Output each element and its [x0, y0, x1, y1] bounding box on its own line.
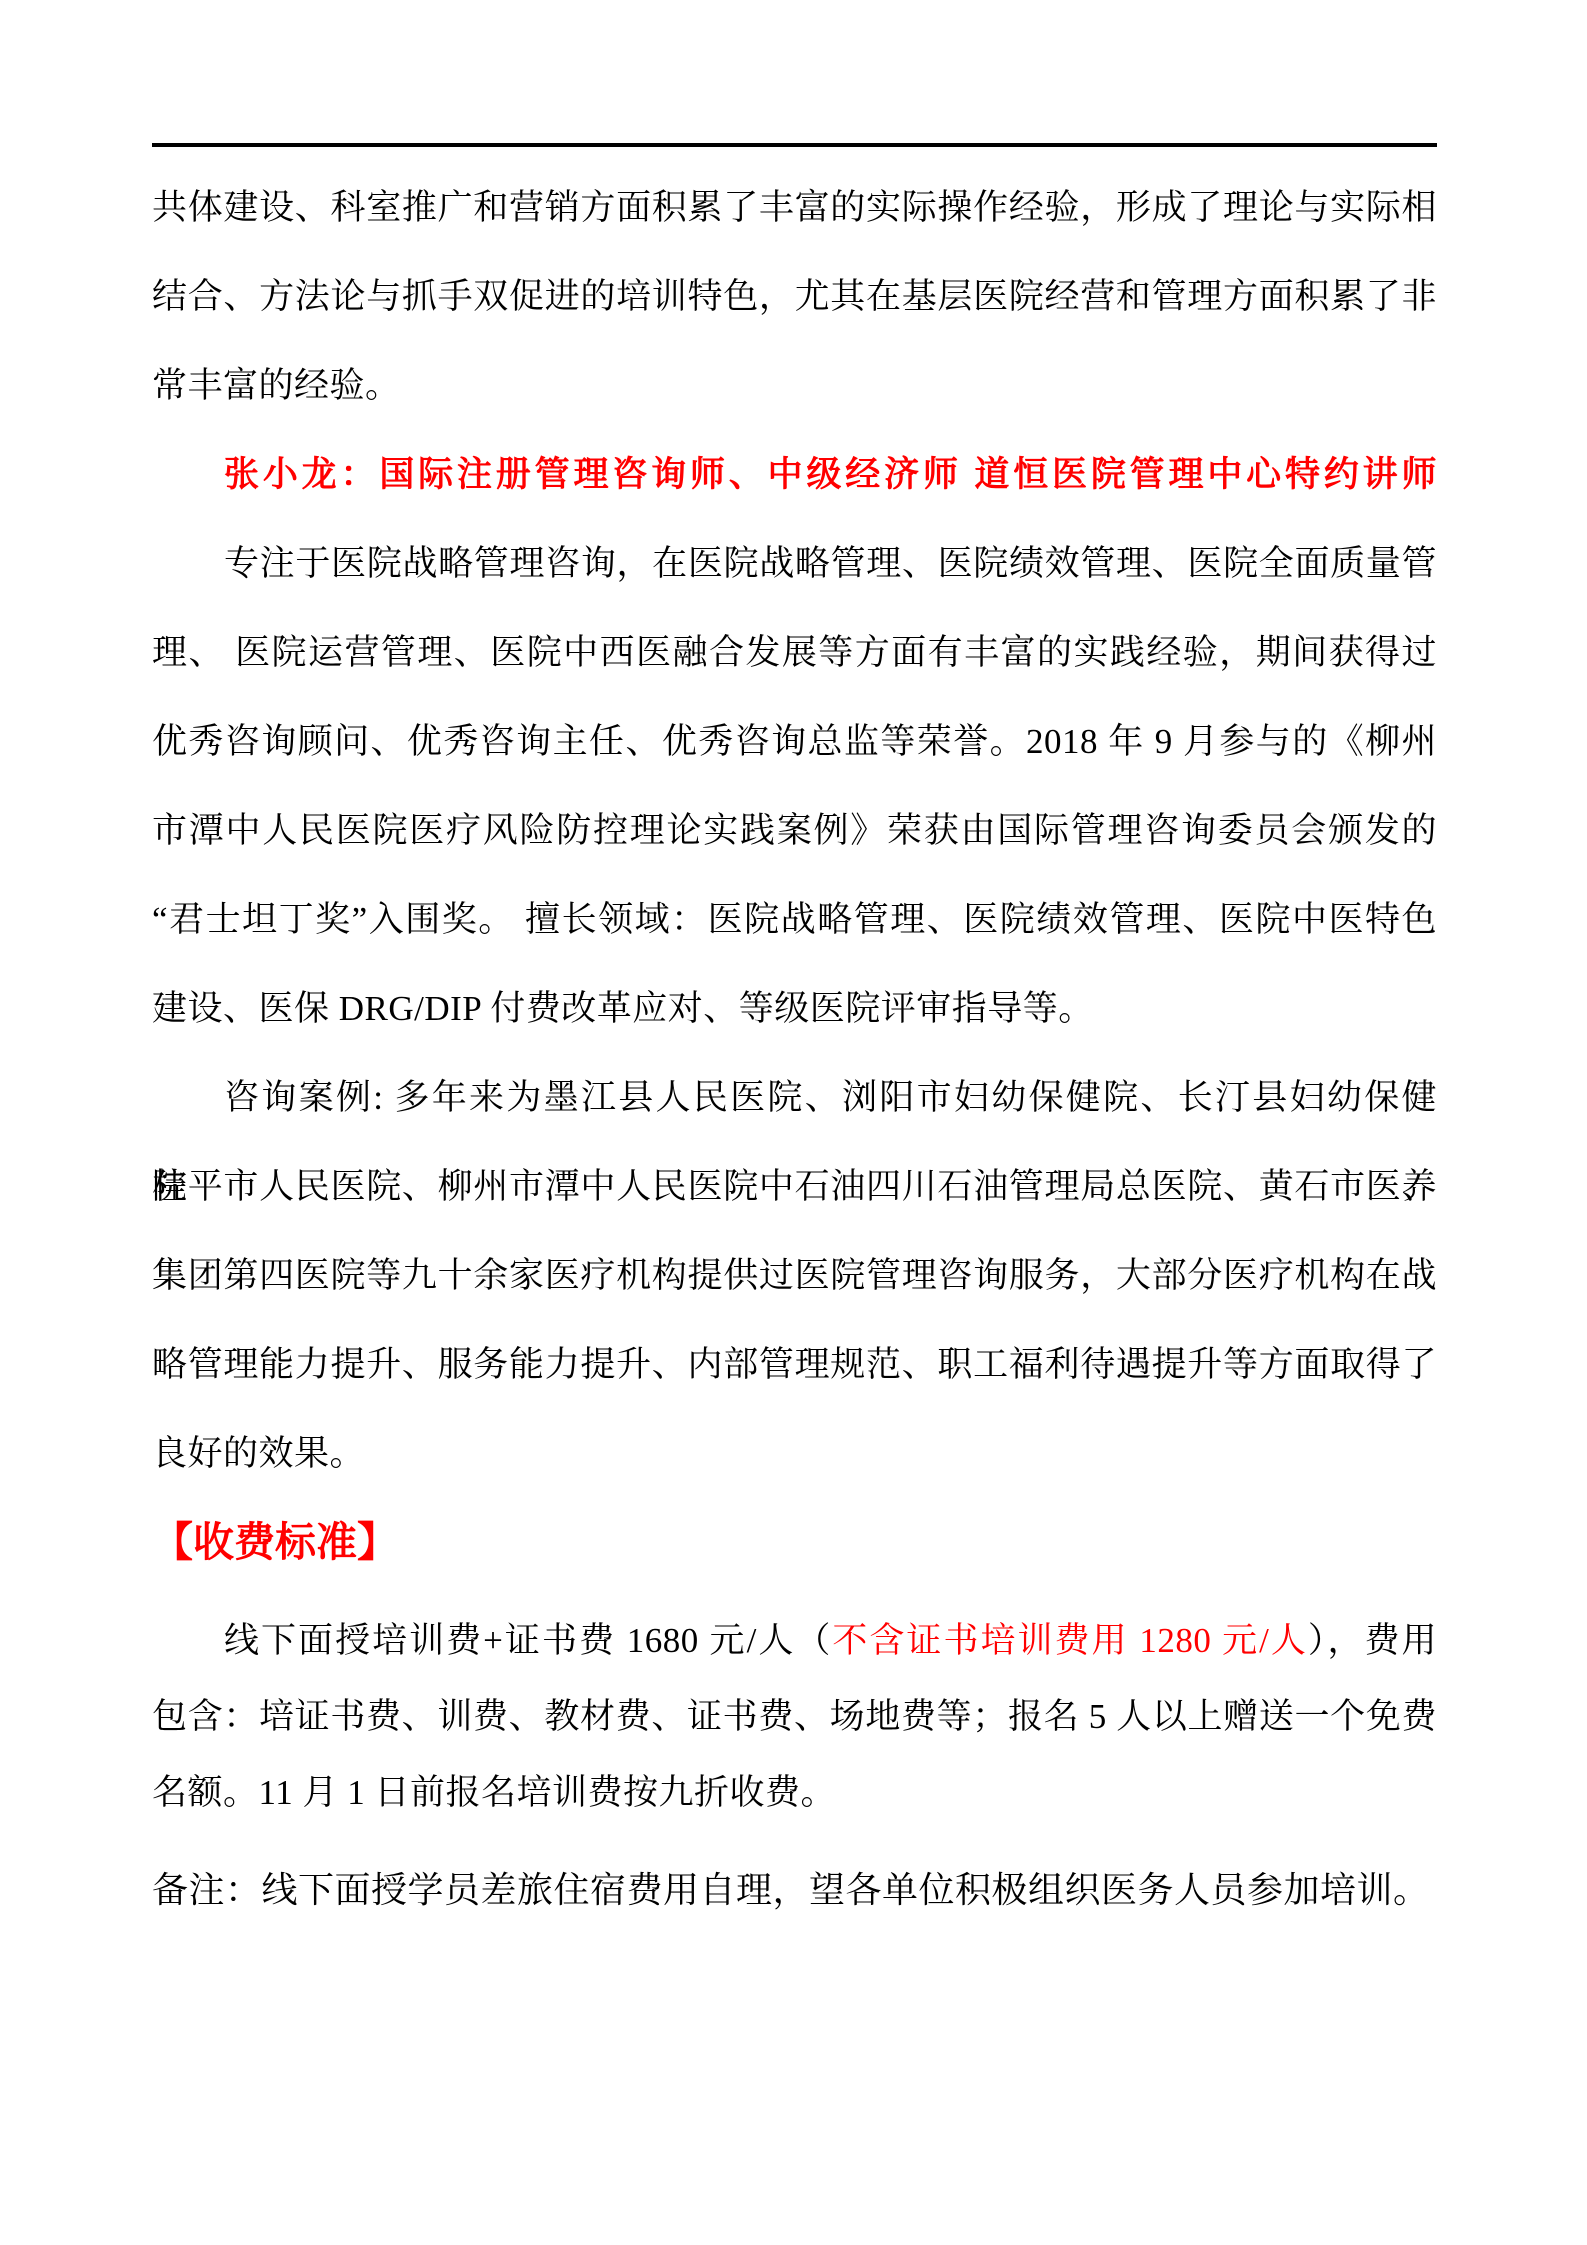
lecturer-bio-line-1: 专注于医院战略管理咨询，在医院战略管理、医院绩效管理、医院全面质量管 — [152, 519, 1437, 608]
intro-line-2: 结合、方法论与抓手双促进的培训特色，尤其在基层医院经营和管理方面积累了非 — [152, 252, 1437, 341]
remark-line: 备注：线下面授学员差旅住宿费用自理，望各单位积极组织医务人员参加培训。 — [152, 1865, 1437, 1915]
lecturer-bio-line-6: 建设、医保 DRG/DIP 付费改革应对、等级医院评审指导等。 — [152, 964, 1437, 1053]
intro-line-1: 共体建设、科室推广和营销方面积累了丰富的实际操作经验，形成了理论与实际相 — [152, 163, 1437, 252]
lecturer-bio-line-5: “君士坦丁奖”入围奖。 擅长领域：医院战略管理、医院绩效管理、医院中医特色 — [152, 875, 1437, 964]
lecturer-heading: 张小龙：国际注册管理咨询师、中级经济师 道恒医院管理中心特约讲师 — [152, 430, 1437, 519]
lecturer-cases-line-1: 咨询案例: 多年来为墨江县人民医院、浏阳市妇幼保健院、长汀县妇幼保健院、 — [152, 1053, 1437, 1142]
lecturer-cases-line-2: 桂平市人民医院、柳州市潭中人民医院中石油四川石油管理局总医院、黄石市医养 — [152, 1142, 1437, 1231]
header-rule — [152, 143, 1437, 147]
lecturer-bio-line-4: 市潭中人民医院医疗风险防控理论实践案例》荣获由国际管理咨询委员会颁发的 — [152, 786, 1437, 875]
fees-section-heading: 【收费标准】 — [152, 1516, 1437, 1568]
document-body: 共体建设、科室推广和营销方面积累了丰富的实际操作经验，形成了理论与实际相 结合、… — [152, 163, 1437, 1498]
intro-line-3: 常丰富的经验。 — [152, 341, 1437, 430]
lecturer-cases-line-4: 略管理能力提升、服务能力提升、内部管理规范、职工福利待遇提升等方面取得了 — [152, 1320, 1437, 1409]
lecturer-cases-line-5: 良好的效果。 — [152, 1409, 1437, 1498]
fees-line-2: 包含：培证书费、训费、教材费、证书费、场地费等；报名 5 人以上赠送一个免费 — [152, 1679, 1437, 1755]
lecturer-cases-line-3: 集团第四医院等九十余家医疗机构提供过医院管理咨询服务，大部分医疗机构在战 — [152, 1231, 1437, 1320]
fees-line-3: 名额。11 月 1 日前报名培训费按九折收费。 — [152, 1755, 1437, 1831]
document-page: 共体建设、科室推广和营销方面积累了丰富的实际操作经验，形成了理论与实际相 结合、… — [0, 0, 1587, 2245]
fees-line1-open-text: 线下面授培训费+证书费 1680 元/人（ — [224, 1621, 832, 1660]
fees-line1-red-text: 不含证书培训费用 1280 元/人 — [832, 1621, 1308, 1660]
lecturer-bio-line-2: 理、 医院运营管理、医院中西医融合发展等方面有丰富的实践经验，期间获得过 — [152, 608, 1437, 697]
fees-line1-close-text: ），费用 — [1308, 1621, 1437, 1660]
fees-body: 线下面授培训费+证书费 1680 元/人（不含证书培训费用 1280 元/人），… — [152, 1603, 1437, 1831]
fees-line-1: 线下面授培训费+证书费 1680 元/人（不含证书培训费用 1280 元/人），… — [152, 1603, 1437, 1679]
lecturer-bio-line-3: 优秀咨询顾问、优秀咨询主任、优秀咨询总监等荣誉。2018 年 9 月参与的《柳州 — [152, 697, 1437, 786]
